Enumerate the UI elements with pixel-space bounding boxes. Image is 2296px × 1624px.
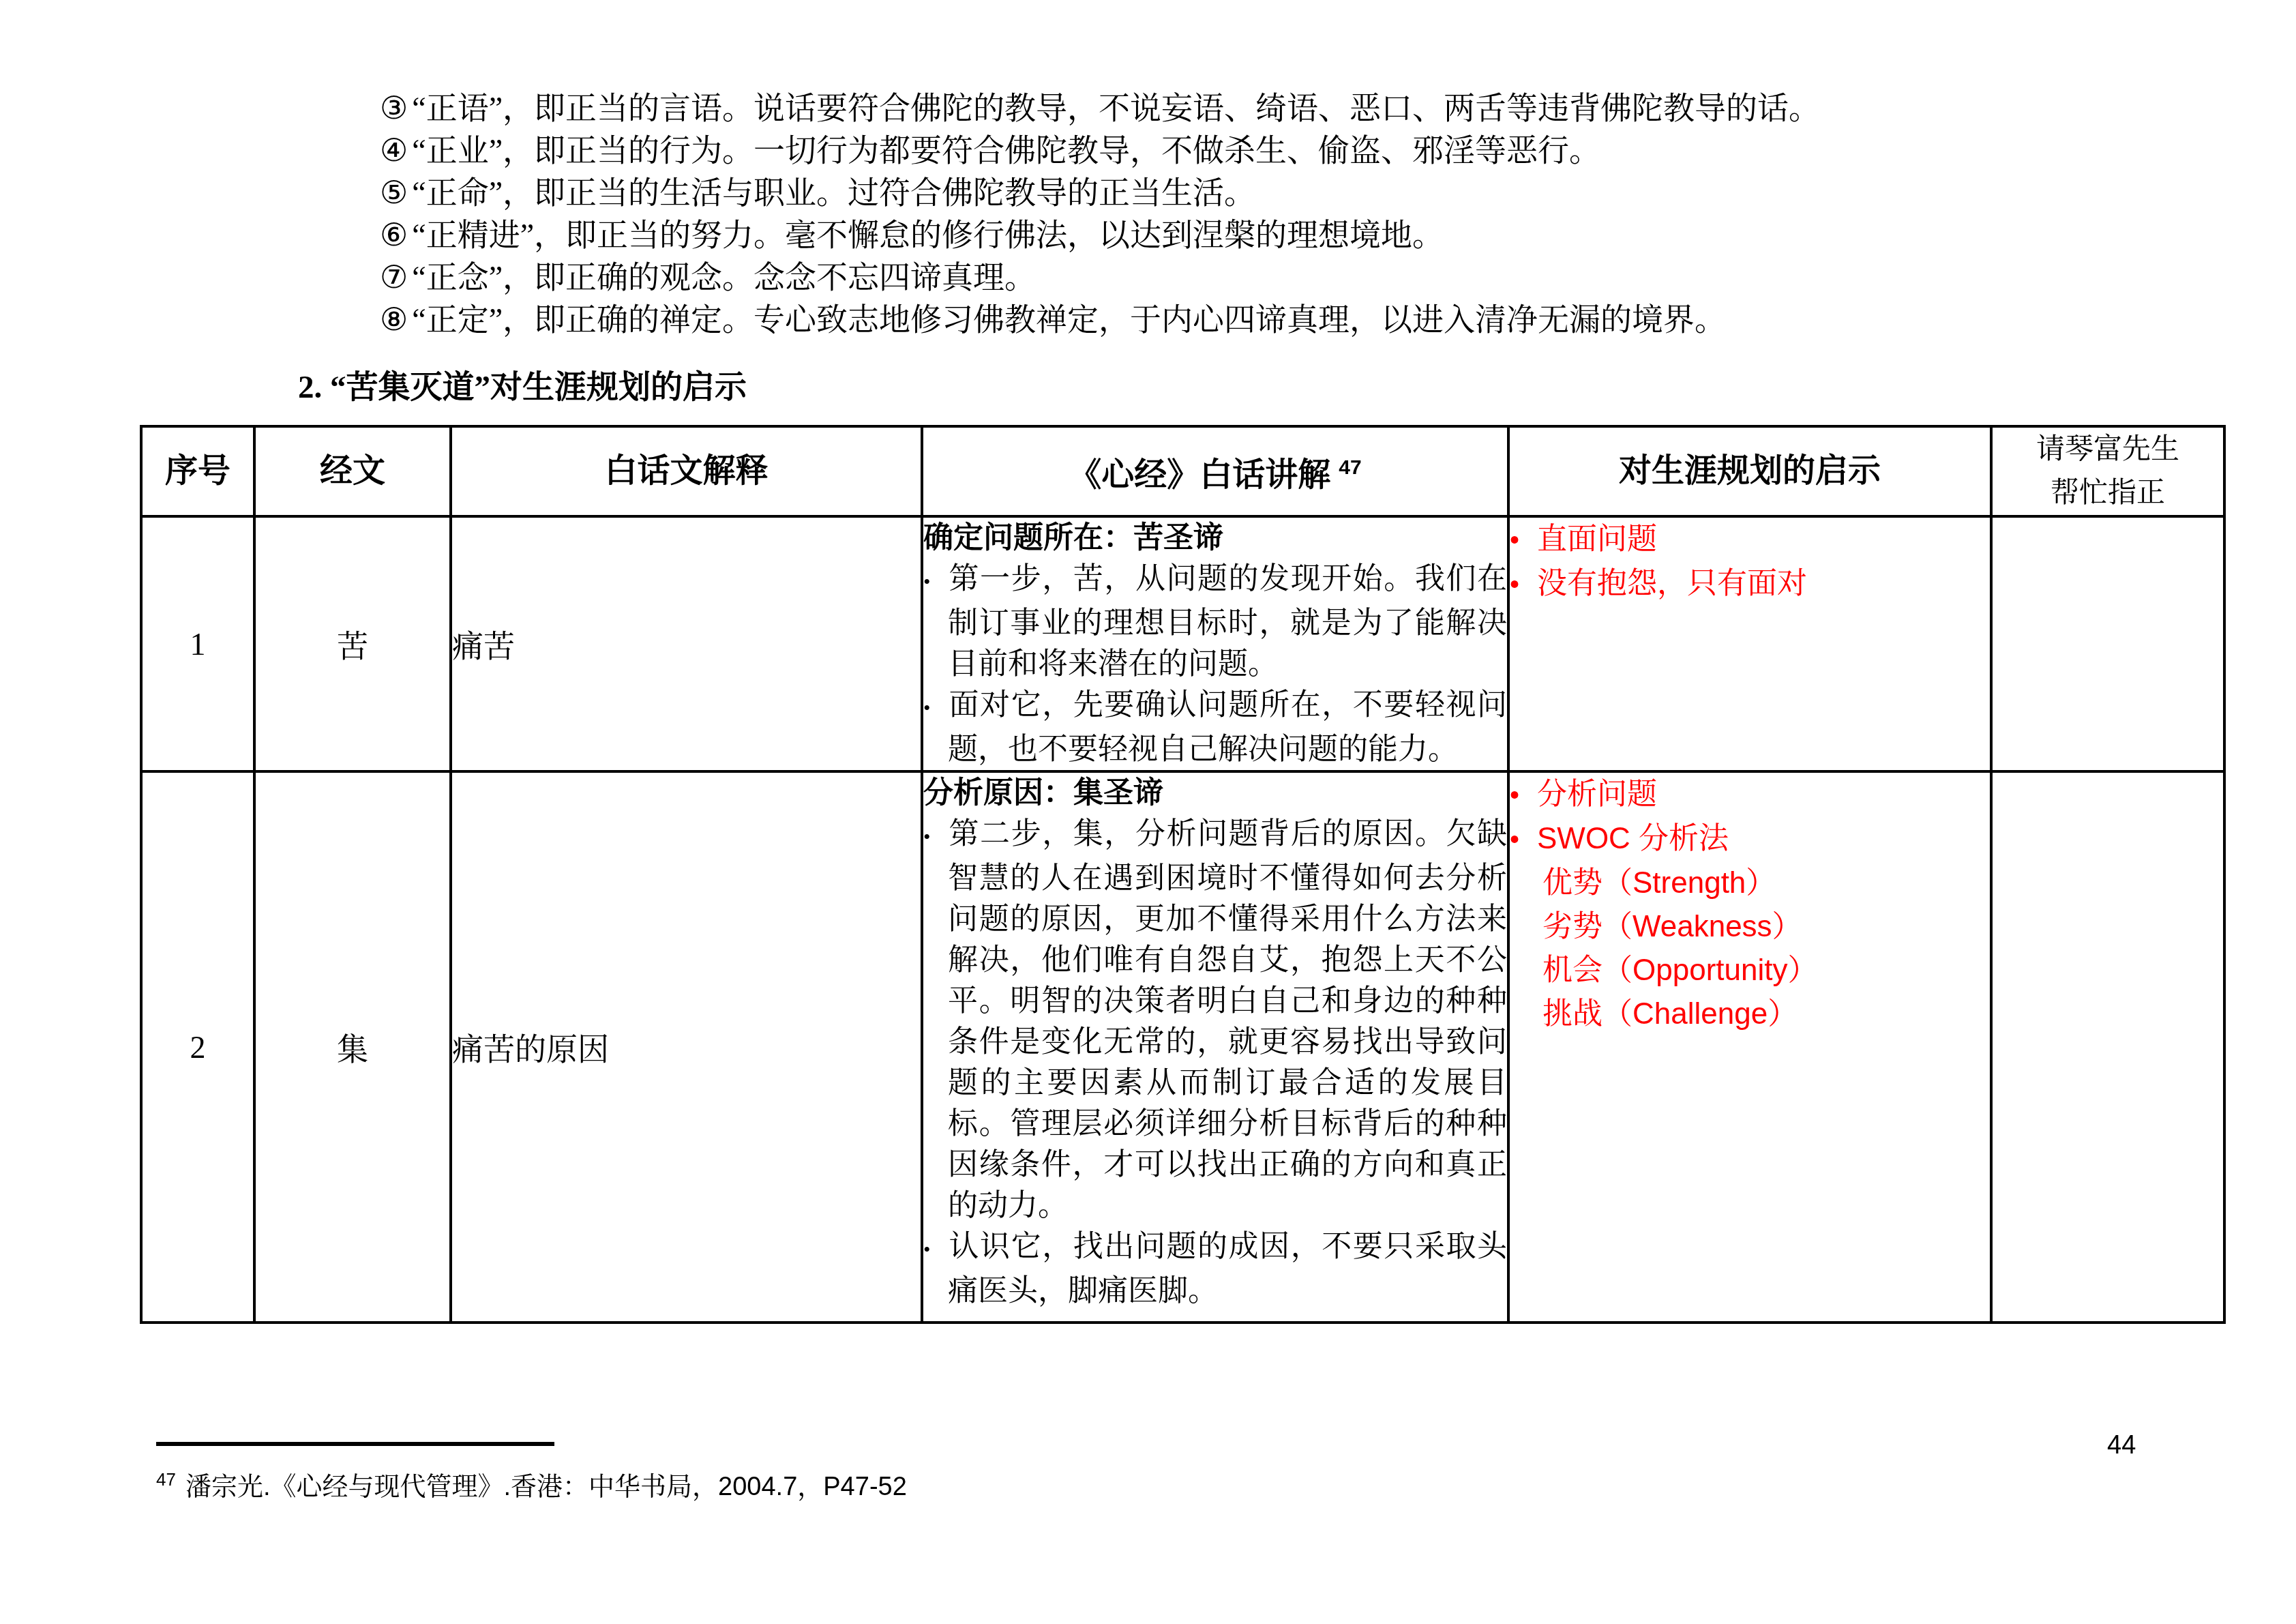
eightfold-path-list: ③“正语”，即正当的言语。说话要符合佛陀的教导，不说妄语、绮语、恶口、两舌等违背… <box>380 87 1820 341</box>
insight-bullet: •SWOC 分析法 <box>1510 817 1990 861</box>
footnote-reference: 47 <box>1339 456 1361 479</box>
explanation-bullet: •第二步，集，分析问题背后的原因。欠缺智慧的人在遇到困境时不懂得如何去分析问题的… <box>923 814 1507 1226</box>
list-item: ③“正语”，即正当的言语。说话要符合佛陀的教导，不说妄语、绮语、恶口、两舌等违背… <box>380 87 1820 130</box>
list-item-text: “正精进”，即正当的努力。毫不懈怠的修行佛法，以达到涅槃的理想境地。 <box>412 218 1444 252</box>
cell-seq: 2 <box>141 771 254 1323</box>
header-scripture: 经文 <box>254 426 451 516</box>
explanation-bullet: •第一步，苦，从问题的发现开始。我们在制订事业的理想目标时，就是为了能解决目前和… <box>923 559 1507 685</box>
header-review-line2: 帮忙指正 <box>2051 477 2165 509</box>
bullet-icon: • <box>923 562 948 603</box>
document-page: ③“正语”，即正当的言语。说话要符合佛陀的教导，不说妄语、绮语、恶口、两舌等违背… <box>0 0 2296 1624</box>
list-item-text: “正念”，即正确的观念。念念不忘四谛真理。 <box>412 260 1036 295</box>
header-review-request: 请琴富先生 帮忙指正 <box>1991 426 2224 516</box>
cell-heart-sutra-explanation: 确定问题所在：苦圣谛 •第一步，苦，从问题的发现开始。我们在制订事业的理想目标时… <box>922 516 1508 771</box>
header-plain-explanation: 白话文解释 <box>451 426 922 516</box>
cell-heart-sutra-explanation: 分析原因：集圣谛 •第二步，集，分析问题背后的原因。欠缺智慧的人在遇到困境时不懂… <box>922 771 1508 1323</box>
bullet-icon: • <box>1510 518 1537 562</box>
header-heart-sutra: 《心经》白话讲解 47 <box>922 426 1508 516</box>
insight-bullet: •没有抱怨，只有面对 <box>1510 562 1990 606</box>
list-item-text: “正业”，即正当的行为。一切行为都要符合佛陀教导，不做杀生、偷盗、邪淫等恶行。 <box>412 133 1600 168</box>
explanation-title: 分析原因：集圣谛 <box>923 773 1507 814</box>
explanation-bullet: •认识它，找出问题的成因，不要只采取头痛医头，脚痛医脚。 <box>923 1226 1507 1312</box>
bullet-icon: • <box>1510 818 1537 861</box>
list-item-text: “正定”，即正确的禅定。专心致志地修习佛教禅定，于内心四谛真理，以进入清净无漏的… <box>412 302 1726 337</box>
explanation-bullet-text: 认识它，找出问题的成因，不要只采取头痛医头，脚痛医脚。 <box>948 1230 1507 1308</box>
list-marker: ④ <box>380 133 408 168</box>
swoc-item: 劣势（Weakness） <box>1510 905 1990 949</box>
list-marker: ⑧ <box>380 302 408 337</box>
bullet-icon: • <box>923 1230 948 1271</box>
bullet-icon: • <box>923 688 948 729</box>
cell-plain-explanation: 痛苦的原因 <box>451 771 922 1323</box>
explanation-bullet-text: 第二步，集，分析问题背后的原因。欠缺智慧的人在遇到困境时不懂得如何去分析问题的原… <box>948 817 1507 1222</box>
list-item-text: “正语”，即正当的言语。说话要符合佛陀的教导，不说妄语、绮语、恶口、两舌等违背佛… <box>412 91 1820 126</box>
explanation-title: 确定问题所在：苦圣谛 <box>923 518 1507 559</box>
footnote-number: 47 <box>156 1469 176 1490</box>
bullet-icon: • <box>923 817 948 858</box>
footnote: 47潘宗光.《心经与现代管理》.香港：中华书局，2004.7，P47-52 <box>156 1465 907 1503</box>
section-heading: 2. “苦集灭道”对生涯规划的启示 <box>298 361 747 407</box>
header-seq: 序号 <box>141 426 254 516</box>
footnote-divider <box>156 1442 554 1446</box>
insight-bullet-text: SWOC 分析法 <box>1537 822 1729 855</box>
swoc-item: 挑战（Challenge） <box>1510 992 1990 1036</box>
bullet-icon: • <box>1510 563 1537 606</box>
insight-bullet: •直面问题 <box>1510 518 1990 562</box>
list-item: ⑧“正定”，即正确的禅定。专心致志地修习佛教禅定，于内心四谛真理，以进入清净无漏… <box>380 299 1820 341</box>
list-marker: ⑦ <box>380 260 408 295</box>
list-marker: ⑥ <box>380 218 408 252</box>
cell-scripture: 集 <box>254 771 451 1323</box>
page-number: 44 <box>2107 1431 2136 1460</box>
table-row: 2 集 痛苦的原因 分析原因：集圣谛 •第二步，集，分析问题背后的原因。欠缺智慧… <box>141 771 2224 1323</box>
list-item: ⑤“正命”，即正当的生活与职业。过符合佛陀教导的正当生活。 <box>380 172 1820 214</box>
cell-review <box>1991 516 2224 771</box>
list-marker: ③ <box>380 91 408 126</box>
cell-seq: 1 <box>141 516 254 771</box>
footnote-text: 潘宗光.《心经与现代管理》.香港：中华书局，2004.7，P47-52 <box>185 1473 907 1501</box>
list-item: ⑦“正念”，即正确的观念。念念不忘四谛真理。 <box>380 256 1820 299</box>
insight-bullet-text: 分析问题 <box>1537 778 1657 811</box>
list-item: ④“正业”，即正当的行为。一切行为都要符合佛陀教导，不做杀生、偷盗、邪淫等恶行。 <box>380 130 1820 172</box>
insight-bullet: •分析问题 <box>1510 773 1990 817</box>
header-career-insight: 对生涯规划的启示 <box>1508 426 1991 516</box>
explanation-bullet-text: 第一步，苦，从问题的发现开始。我们在制订事业的理想目标时，就是为了能解决目前和将… <box>948 562 1507 681</box>
cell-scripture: 苦 <box>254 516 451 771</box>
four-noble-truths-table: 序号 经文 白话文解释 《心经》白话讲解 47 对生涯规划的启示 请琴富先生 帮… <box>140 425 2226 1324</box>
header-heart-sutra-text: 《心经》白话讲解 <box>1069 457 1330 493</box>
cell-plain-explanation: 痛苦 <box>451 516 922 771</box>
list-item: ⑥“正精进”，即正当的努力。毫不懈怠的修行佛法，以达到涅槃的理想境地。 <box>380 214 1820 256</box>
cell-career-insight: •分析问题 •SWOC 分析法 优势（Strength） 劣势（Weakness… <box>1508 771 1991 1323</box>
table-header-row: 序号 经文 白话文解释 《心经》白话讲解 47 对生涯规划的启示 请琴富先生 帮… <box>141 426 2224 516</box>
bullet-icon: • <box>1510 773 1537 817</box>
list-marker: ⑤ <box>380 175 408 210</box>
explanation-bullet: •面对它，先要确认问题所在，不要轻视问题，也不要轻视自己解决问题的能力。 <box>923 685 1507 770</box>
cell-career-insight: •直面问题 •没有抱怨，只有面对 <box>1508 516 1991 771</box>
header-review-line1: 请琴富先生 <box>2036 434 2179 465</box>
explanation-bullet-text: 面对它，先要确认问题所在，不要轻视问题，也不要轻视自己解决问题的能力。 <box>948 688 1507 766</box>
cell-review <box>1991 771 2224 1323</box>
insight-bullet-text: 直面问题 <box>1537 522 1657 556</box>
table-row: 1 苦 痛苦 确定问题所在：苦圣谛 •第一步，苦，从问题的发现开始。我们在制订事… <box>141 516 2224 771</box>
insight-bullet-text: 没有抱怨，只有面对 <box>1537 567 1807 600</box>
swoc-item: 优势（Strength） <box>1510 861 1990 905</box>
list-item-text: “正命”，即正当的生活与职业。过符合佛陀教导的正当生活。 <box>412 175 1255 210</box>
swoc-item: 机会（Opportunity） <box>1510 949 1990 992</box>
